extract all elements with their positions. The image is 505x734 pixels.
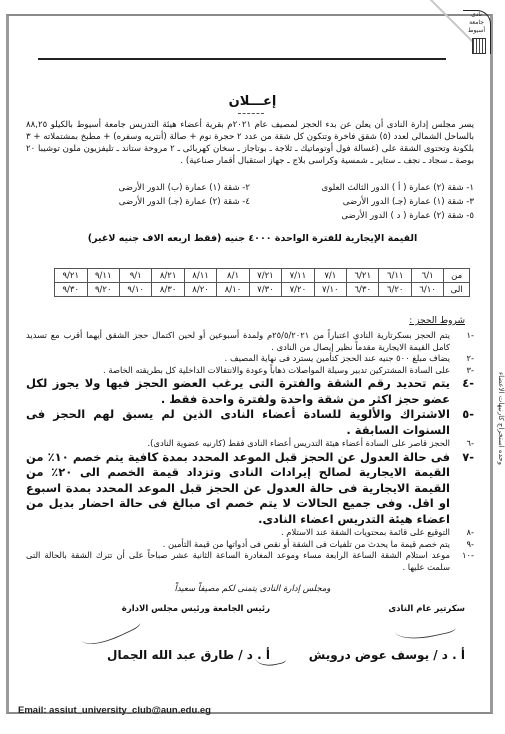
- term-item: -٩ يتم خصم قيمة ما يحدث من تلفيات فى الش…: [26, 539, 474, 551]
- apartments-list: ١- شقة (٢) عمارة ( أ ) الدور الثالث العل…: [26, 181, 474, 223]
- period-cell: ٨/٢٠: [184, 283, 216, 297]
- signatory-name: أ . د / طارق عبد الله الجمال: [60, 648, 270, 662]
- header-divider: [38, 58, 446, 60]
- period-cell: ٧/٢٠: [282, 283, 314, 297]
- intro-paragraph: يسر مجلس إدارة النادى أن يعلن عن بدء الح…: [26, 119, 474, 167]
- term-text: الحجز قاصر على السادة أعضاء هيئة التدريس…: [26, 438, 450, 450]
- period-cell: ٨/١١: [184, 269, 216, 283]
- apartment-item: ١- شقة (٢) عمارة ( أ ) الدور الثالث العل…: [250, 181, 474, 195]
- term-item-emphasized: -٧ فى حالة العدول عن الحجز قبل الموعد ال…: [26, 450, 474, 528]
- period-cell: ٦/١٠: [411, 283, 443, 297]
- term-number: -٨: [450, 527, 474, 539]
- period-cell: ٩/٣٠: [55, 283, 88, 297]
- terms-heading: شروط الحجز :: [409, 316, 465, 326]
- term-item: -١٠ موعد استلام الشقة الساعة الرابعة مسا…: [26, 550, 474, 573]
- period-cell: ٨/١: [217, 269, 249, 283]
- term-item-emphasized: -٥ الاشتراك والألوية للسادة أعضاء النادى…: [26, 407, 474, 438]
- term-number: -٦: [450, 438, 474, 450]
- term-text: الاشتراك والألوية للسادة أعضاء النادى ال…: [26, 407, 450, 438]
- logo-text-line: جامعة: [463, 19, 490, 27]
- period-cell: ٩/١١: [87, 269, 119, 283]
- term-text: موعد استلام الشقة الساعة الرابعة مساء وم…: [26, 550, 450, 573]
- term-text: يتم تحديد رقم الشقة والفترة التى يرغب ال…: [26, 376, 450, 407]
- period-cell: ٦/١: [411, 269, 443, 283]
- period-cell: ٦/٢١: [347, 269, 379, 283]
- closing-wish: ومجلس إدارة النادى يتمنى لكم مصيفاً سعيد…: [0, 584, 505, 594]
- period-cell: ٩/١: [119, 269, 151, 283]
- term-number: -٢: [450, 353, 474, 365]
- apartment-item: ٤- شقة (٢) عمارة (جـ) الدور الأرضى: [26, 195, 250, 209]
- term-text: يتم الحجز بسكرتارية النادي اعتباراً من ٢…: [26, 330, 450, 353]
- period-cell: ٩/٢٠: [87, 283, 119, 297]
- term-number: -٧: [450, 450, 474, 528]
- terms-list: -١ يتم الحجز بسكرتارية النادي اعتباراً م…: [26, 330, 474, 573]
- signature-president: رئيس الجامعة ورئيس مجلس الادارة أ . د / …: [60, 604, 270, 662]
- term-item: -٦ الحجز قاصر على السادة أعضاء هيئة التد…: [26, 438, 474, 450]
- term-number: -٩: [450, 539, 474, 551]
- period-cell: ٦/٢٠: [379, 283, 411, 297]
- booking-periods-table: من ٦/١ ٦/١١ ٦/٢١ ٧/١ ٧/١١ ٧/٢١ ٨/١ ٨/١١ …: [54, 268, 470, 297]
- term-item: -٣ على السادة المشتركين تدبير وسيلة المو…: [26, 365, 474, 377]
- term-number: -٥: [450, 407, 474, 438]
- announcement-title: إعـــلان: [0, 94, 505, 109]
- period-cell: ٧/١: [314, 269, 346, 283]
- period-cell: ٦/١١: [379, 269, 411, 283]
- signatory-name: أ . د / يوسف عوض درويش: [265, 648, 465, 662]
- apartment-item: ٢- شقة (١) عمارة (ب) الدور الأرضى: [26, 181, 250, 195]
- term-text: فى حالة العدول عن الحجز قبل الموعد المحد…: [26, 450, 450, 528]
- term-number: -٤: [450, 376, 474, 407]
- term-item-emphasized: -٤ يتم تحديد رقم الشقة والفترة التى يرغب…: [26, 376, 474, 407]
- row-label: من: [444, 269, 470, 283]
- term-number: -٣: [450, 365, 474, 377]
- term-number: -١٠: [450, 550, 474, 573]
- logo-text-line: أسيوط: [463, 27, 490, 35]
- term-item: -٨ التوقيع على قائمة بمحتويات الشقة عند …: [26, 527, 474, 539]
- apartment-item: ٣- شقة (١) عمارة (جـ) الدور الأرضى: [250, 195, 474, 209]
- club-logo: نادى جامعة أسيوط: [463, 10, 491, 54]
- signature-scribble-icon: [79, 608, 142, 651]
- left-margin-stamp: [0, 330, 8, 530]
- logo-building-icon: [472, 38, 486, 54]
- signatory-title: رئيس الجامعة ورئيس مجلس الادارة: [60, 604, 270, 614]
- term-item: -٢ يضاف مبلغ ٥٠٠ جنيه عند الحجز كتأمين ي…: [26, 353, 474, 365]
- term-text: التوقيع على قائمة بمحتويات الشقة عند الا…: [26, 527, 450, 539]
- rent-statement: القيمة الإيجارية للفترة الواحدة ٤٠٠٠ جني…: [0, 233, 505, 244]
- table-row-from: من ٦/١ ٦/١١ ٦/٢١ ٧/١ ٧/١١ ٧/٢١ ٨/١ ٨/١١ …: [55, 269, 470, 283]
- period-cell: ٨/٢١: [152, 269, 184, 283]
- term-text: على السادة المشتركين تدبير وسيلة المواصل…: [26, 365, 450, 377]
- period-cell: ٧/٢١: [249, 269, 281, 283]
- period-cell: ٧/٣٠: [249, 283, 281, 297]
- table-row-to: الى ٦/١٠ ٦/٢٠ ٦/٣٠ ٧/١٠ ٧/٢٠ ٧/٣٠ ٨/١٠ ٨…: [55, 283, 470, 297]
- term-text: يضاف مبلغ ٥٠٠ جنيه عند الحجز كتأمين يستر…: [26, 353, 450, 365]
- signature-scribble-icon: [394, 612, 457, 644]
- logo-text-line: نادى: [463, 11, 490, 19]
- term-number: -١: [450, 330, 474, 353]
- period-cell: ٧/١٠: [314, 283, 346, 297]
- period-cell: ٩/١٠: [119, 283, 151, 297]
- apartment-item: ٥- شقة (٢) عمارة ( د ) الدور الأرضى: [250, 209, 474, 223]
- period-cell: ٦/٣٠: [347, 283, 379, 297]
- period-cell: ٩/٢١: [55, 269, 88, 283]
- term-item: -١ يتم الحجز بسكرتارية النادي اعتباراً م…: [26, 330, 474, 353]
- footer-email: Email: assiut_university_club@aun.edu.eg: [18, 705, 211, 716]
- signatory-title: سكرتير عام النادى: [265, 604, 465, 614]
- signature-secretary: سكرتير عام النادى أ . د / يوسف عوض درويش: [265, 604, 465, 662]
- side-stamp: وحده استخراج كارنيهات الاعضاء: [495, 265, 505, 465]
- period-cell: ٨/١٠: [217, 283, 249, 297]
- period-cell: ٧/١١: [282, 269, 314, 283]
- title-underline: [238, 113, 264, 114]
- period-cell: ٨/٣٠: [152, 283, 184, 297]
- term-text: يتم خصم قيمة ما يحدث من تلفيات فى الشقة …: [26, 539, 450, 551]
- row-label: الى: [444, 283, 470, 297]
